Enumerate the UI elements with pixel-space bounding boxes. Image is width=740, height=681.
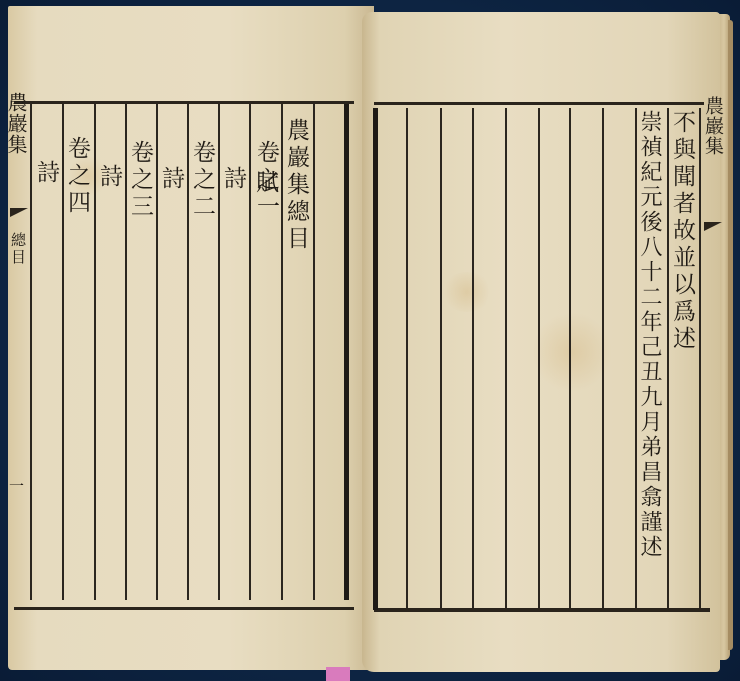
fish-tail-mark-right — [704, 222, 722, 231]
right-page-top-rule — [374, 102, 704, 105]
right-margin-title: 農巖集 — [703, 96, 722, 156]
right-line-2: 崇禎紀元後八十二年己丑九月弟昌翕謹述 — [638, 110, 660, 560]
right-page-column-rules — [0, 108, 740, 610]
right-line-1: 不與聞者故並以爲述 — [670, 110, 693, 353]
bookmark-ribbon — [326, 667, 350, 681]
